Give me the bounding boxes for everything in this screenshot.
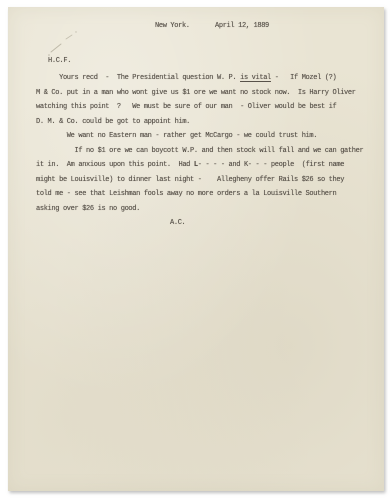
body-line: We want no Eastern man - rather get McCa… [36, 129, 371, 144]
scan-background: New York. April 12, 1889 H.C.F. Yours re… [0, 0, 392, 500]
body-text-segment: - - - - and K- - - people (first name [198, 161, 344, 169]
body-text-segment: told me - see that Leishman fools away n… [36, 190, 336, 198]
body-line: D. M. & Co. could be got to appoint him. [36, 115, 371, 130]
body-text-segment: might be Louisville) to dinner last nigh… [36, 176, 344, 184]
body-text-segment: M & Co. put in a man who wont give us $1… [36, 89, 356, 97]
body-line: If no $1 ore we can boycott W.P. and the… [36, 144, 371, 159]
body-text-segment: If no $1 ore we can boycott W.P. and the… [36, 147, 363, 155]
date-text: April 12, 1889 [215, 22, 269, 30]
body-text-segment: it in. Am anxious upon this point. Had [36, 161, 194, 169]
body-text-segment: asking over $26 is no good. [36, 205, 140, 213]
body-text-segment: is vital [240, 74, 271, 82]
salutation-text: H.C.F. [48, 57, 71, 65]
body-line: asking over $26 is no good. [36, 202, 371, 217]
body-line: watching this point ? We must be sure of… [36, 100, 371, 115]
body-line: Yours recd - The Presidential question W… [36, 71, 371, 86]
body-text-segment: Yours recd - The Presidential question W… [36, 74, 240, 82]
body-text-segment: D. M. & Co. could be got to appoint him. [36, 118, 190, 126]
place-text: New York. [155, 22, 190, 30]
body-line: told me - see that Leishman fools away n… [36, 187, 371, 202]
dateline: New York. April 12, 1889 [8, 22, 384, 34]
body-line: M & Co. put in a man who wont give us $1… [36, 86, 371, 101]
body-line: it in. Am anxious upon this point. Had L… [36, 158, 371, 173]
body-text-segment: We want no Eastern man - rather get McCa… [36, 132, 317, 140]
body-line: might be Louisville) to dinner last nigh… [36, 173, 371, 188]
body-text-segment: watching this point ? We must be sure of… [36, 103, 336, 111]
body-text-segment: - If Mozel (?) [271, 74, 336, 82]
signature-text: A.C. [170, 219, 185, 227]
letter-paper: New York. April 12, 1889 H.C.F. Yours re… [8, 7, 384, 491]
letter-body: Yours recd - The Presidential question W… [36, 71, 371, 216]
